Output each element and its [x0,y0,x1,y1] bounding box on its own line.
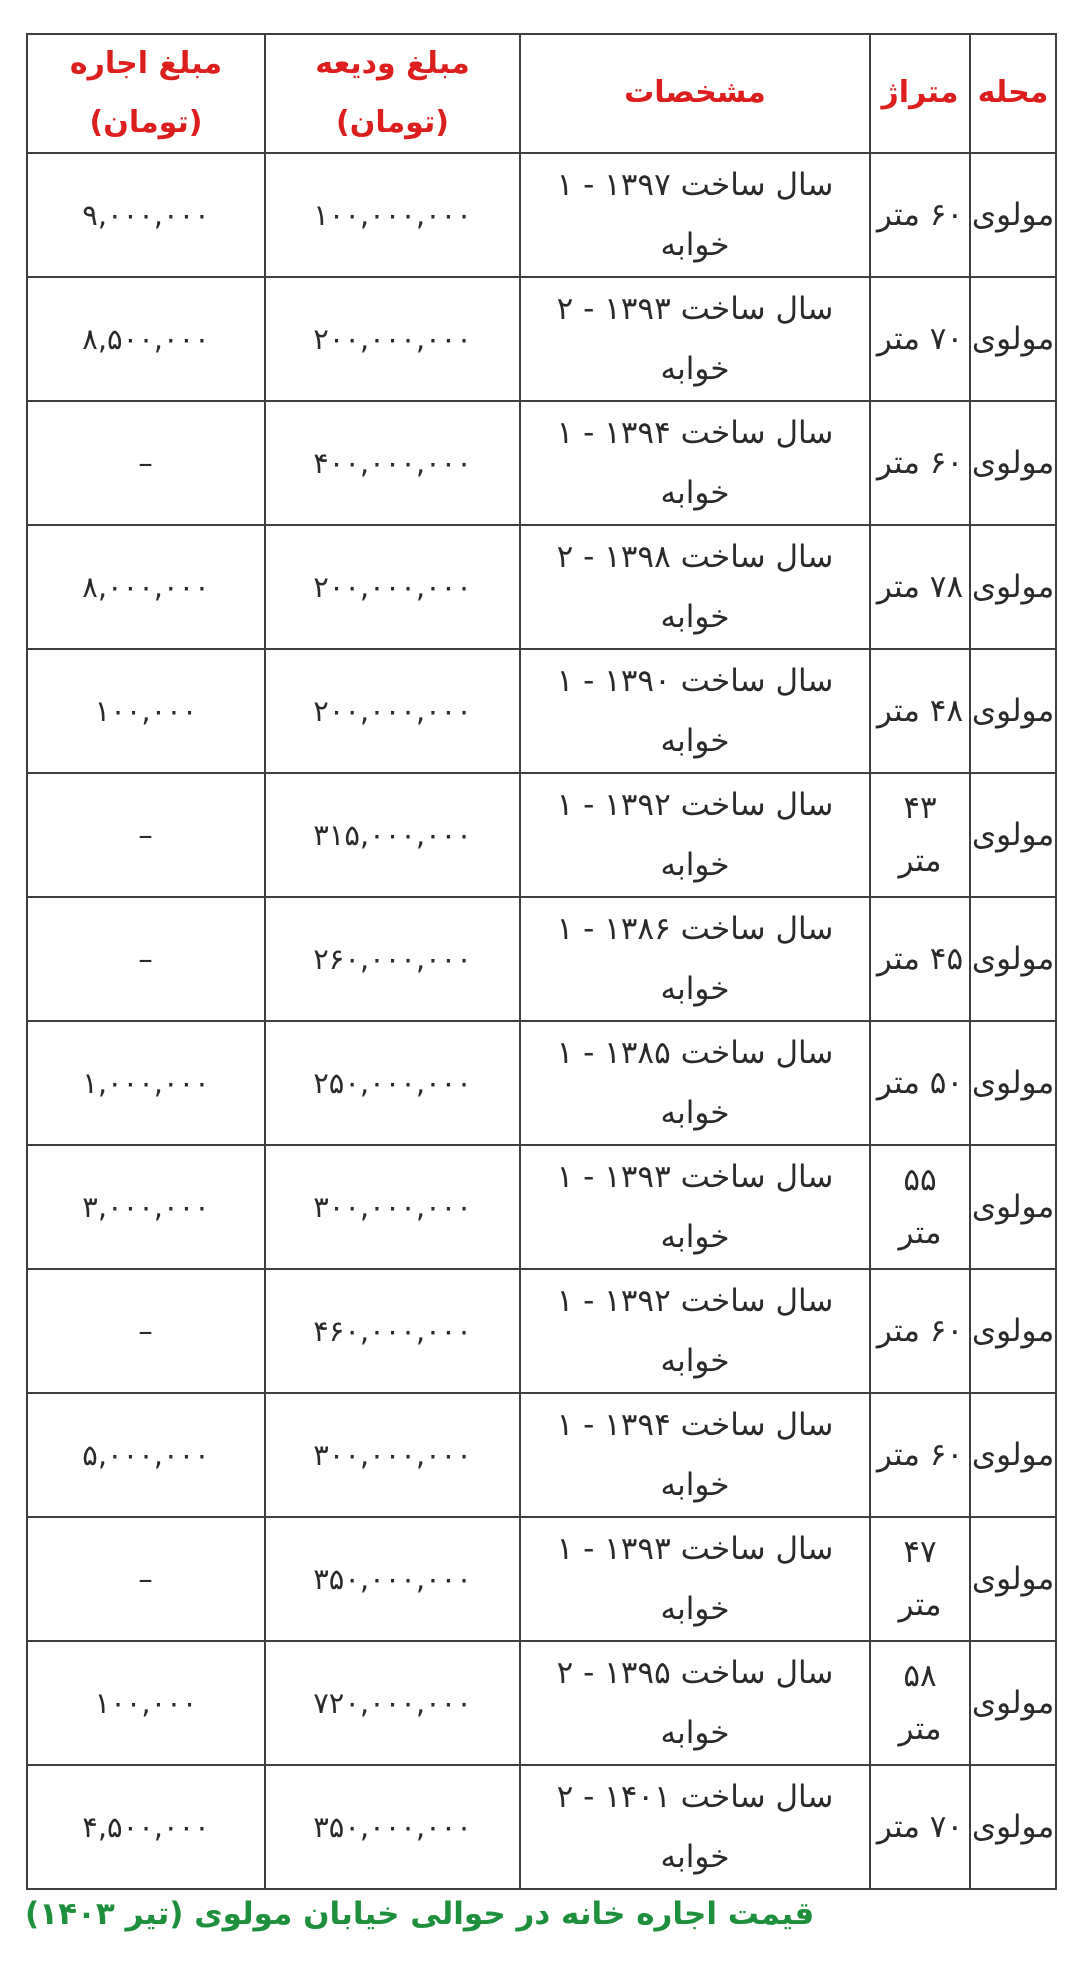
table-row: مولوی ۷۸ متر سال ساخت ۱۳۹۸ - ۲ خوابه ۲۰۰… [27,525,1056,649]
cell-neighborhood: مولوی [970,1021,1056,1145]
cell-rent: ۱۰۰,۰۰۰ [27,1641,265,1765]
cell-spec: سال ساخت ۱۳۸۶ - ۱ خوابه [520,897,870,1021]
cell-deposit: ۳۰۰,۰۰۰,۰۰۰ [265,1145,520,1269]
cell-neighborhood: مولوی [970,1393,1056,1517]
cell-spec: سال ساخت ۱۳۹۰ - ۱ خوابه [520,649,870,773]
header-rent: مبلغ اجاره (تومان) [27,34,265,153]
cell-deposit: ۳۰۰,۰۰۰,۰۰۰ [265,1393,520,1517]
cell-area: ۶۰ متر [870,1393,970,1517]
cell-area: ۶۰ متر [870,1269,970,1393]
table-caption: قیمت اجاره خانه در حوالی خیابان مولوی (ت… [25,1896,814,1932]
table-row: مولوی ۵۸ متر سال ساخت ۱۳۹۵ - ۲ خوابه ۷۲۰… [27,1641,1056,1765]
cell-deposit: ۳۵۰,۰۰۰,۰۰۰ [265,1765,520,1889]
cell-neighborhood: مولوی [970,1145,1056,1269]
cell-spec: سال ساخت ۱۴۰۱ - ۲ خوابه [520,1765,870,1889]
cell-rent: ۵,۰۰۰,۰۰۰ [27,1393,265,1517]
cell-area: ۷۰ متر [870,277,970,401]
table-row: مولوی ۵۵ متر سال ساخت ۱۳۹۳ - ۱ خوابه ۳۰۰… [27,1145,1056,1269]
table-row: مولوی ۴۷ متر سال ساخت ۱۳۹۳ - ۱ خوابه ۳۵۰… [27,1517,1056,1641]
table-row: مولوی ۷۰ متر سال ساخت ۱۳۹۳ - ۲ خوابه ۲۰۰… [27,277,1056,401]
cell-area: ۴۳ متر [870,773,970,897]
cell-deposit: ۳۵۰,۰۰۰,۰۰۰ [265,1517,520,1641]
cell-deposit: ۷۲۰,۰۰۰,۰۰۰ [265,1641,520,1765]
cell-spec: سال ساخت ۱۳۹۷ - ۱ خوابه [520,153,870,277]
table-row: مولوی ۶۰ متر سال ساخت ۱۳۹۷ - ۱ خوابه ۱۰۰… [27,153,1056,277]
cell-spec: سال ساخت ۱۳۸۵ - ۱ خوابه [520,1021,870,1145]
cell-rent: ۸,۵۰۰,۰۰۰ [27,277,265,401]
cell-spec: سال ساخت ۱۳۹۲ - ۱ خوابه [520,1269,870,1393]
cell-deposit: ۴۰۰,۰۰۰,۰۰۰ [265,401,520,525]
cell-rent: ۴,۵۰۰,۰۰۰ [27,1765,265,1889]
cell-deposit: ۱۰۰,۰۰۰,۰۰۰ [265,153,520,277]
cell-neighborhood: مولوی [970,1517,1056,1641]
cell-neighborhood: مولوی [970,1269,1056,1393]
header-deposit: مبلغ ودیعه (تومان) [265,34,520,153]
cell-area: ۴۸ متر [870,649,970,773]
cell-spec: سال ساخت ۱۳۹۳ - ۲ خوابه [520,277,870,401]
header-area: متراژ [870,34,970,153]
cell-neighborhood: مولوی [970,277,1056,401]
cell-rent: ۳,۰۰۰,۰۰۰ [27,1145,265,1269]
cell-neighborhood: مولوی [970,153,1056,277]
cell-rent: – [27,401,265,525]
cell-deposit: ۲۰۰,۰۰۰,۰۰۰ [265,649,520,773]
cell-spec: سال ساخت ۱۳۹۸ - ۲ خوابه [520,525,870,649]
cell-area: ۶۰ متر [870,401,970,525]
header-neighborhood: محله [970,34,1056,153]
cell-rent: ۹,۰۰۰,۰۰۰ [27,153,265,277]
cell-area: ۴۵ متر [870,897,970,1021]
cell-rent: – [27,1517,265,1641]
cell-area: ۵۵ متر [870,1145,970,1269]
table-row: مولوی ۴۳ متر سال ساخت ۱۳۹۲ - ۱ خوابه ۳۱۵… [27,773,1056,897]
table-row: مولوی ۴۸ متر سال ساخت ۱۳۹۰ - ۱ خوابه ۲۰۰… [27,649,1056,773]
cell-neighborhood: مولوی [970,525,1056,649]
cell-neighborhood: مولوی [970,897,1056,1021]
cell-spec: سال ساخت ۱۳۹۴ - ۱ خوابه [520,401,870,525]
cell-deposit: ۲۰۰,۰۰۰,۰۰۰ [265,277,520,401]
cell-neighborhood: مولوی [970,649,1056,773]
cell-area: ۵۰ متر [870,1021,970,1145]
cell-spec: سال ساخت ۱۳۹۴ - ۱ خوابه [520,1393,870,1517]
cell-deposit: ۲۶۰,۰۰۰,۰۰۰ [265,897,520,1021]
cell-deposit: ۳۱۵,۰۰۰,۰۰۰ [265,773,520,897]
cell-neighborhood: مولوی [970,773,1056,897]
cell-neighborhood: مولوی [970,401,1056,525]
cell-deposit: ۲۰۰,۰۰۰,۰۰۰ [265,525,520,649]
table-row: مولوی ۶۰ متر سال ساخت ۱۳۹۴ - ۱ خوابه ۳۰۰… [27,1393,1056,1517]
table-row: مولوی ۴۵ متر سال ساخت ۱۳۸۶ - ۱ خوابه ۲۶۰… [27,897,1056,1021]
cell-spec: سال ساخت ۱۳۹۳ - ۱ خوابه [520,1517,870,1641]
table-row: مولوی ۷۰ متر سال ساخت ۱۴۰۱ - ۲ خوابه ۳۵۰… [27,1765,1056,1889]
cell-area: ۷۸ متر [870,525,970,649]
table-row: مولوی ۵۰ متر سال ساخت ۱۳۸۵ - ۱ خوابه ۲۵۰… [27,1021,1056,1145]
cell-area: ۷۰ متر [870,1765,970,1889]
cell-rent: ۱,۰۰۰,۰۰۰ [27,1021,265,1145]
cell-rent: – [27,1269,265,1393]
header-row: محله متراژ مشخصات مبلغ ودیعه (تومان) مبل… [27,34,1056,153]
cell-neighborhood: مولوی [970,1765,1056,1889]
cell-area: ۶۰ متر [870,153,970,277]
table-row: مولوی ۶۰ متر سال ساخت ۱۳۹۲ - ۱ خوابه ۴۶۰… [27,1269,1056,1393]
cell-spec: سال ساخت ۱۳۹۳ - ۱ خوابه [520,1145,870,1269]
cell-rent: – [27,897,265,1021]
rental-price-table: محله متراژ مشخصات مبلغ ودیعه (تومان) مبل… [26,33,1057,1890]
cell-area: ۴۷ متر [870,1517,970,1641]
table-row: مولوی ۶۰ متر سال ساخت ۱۳۹۴ - ۱ خوابه ۴۰۰… [27,401,1056,525]
cell-neighborhood: مولوی [970,1641,1056,1765]
cell-spec: سال ساخت ۱۳۹۵ - ۲ خوابه [520,1641,870,1765]
cell-area: ۵۸ متر [870,1641,970,1765]
cell-deposit: ۴۶۰,۰۰۰,۰۰۰ [265,1269,520,1393]
cell-rent: ۸,۰۰۰,۰۰۰ [27,525,265,649]
cell-rent: – [27,773,265,897]
cell-spec: سال ساخت ۱۳۹۲ - ۱ خوابه [520,773,870,897]
header-spec: مشخصات [520,34,870,153]
cell-deposit: ۲۵۰,۰۰۰,۰۰۰ [265,1021,520,1145]
cell-rent: ۱۰۰,۰۰۰ [27,649,265,773]
